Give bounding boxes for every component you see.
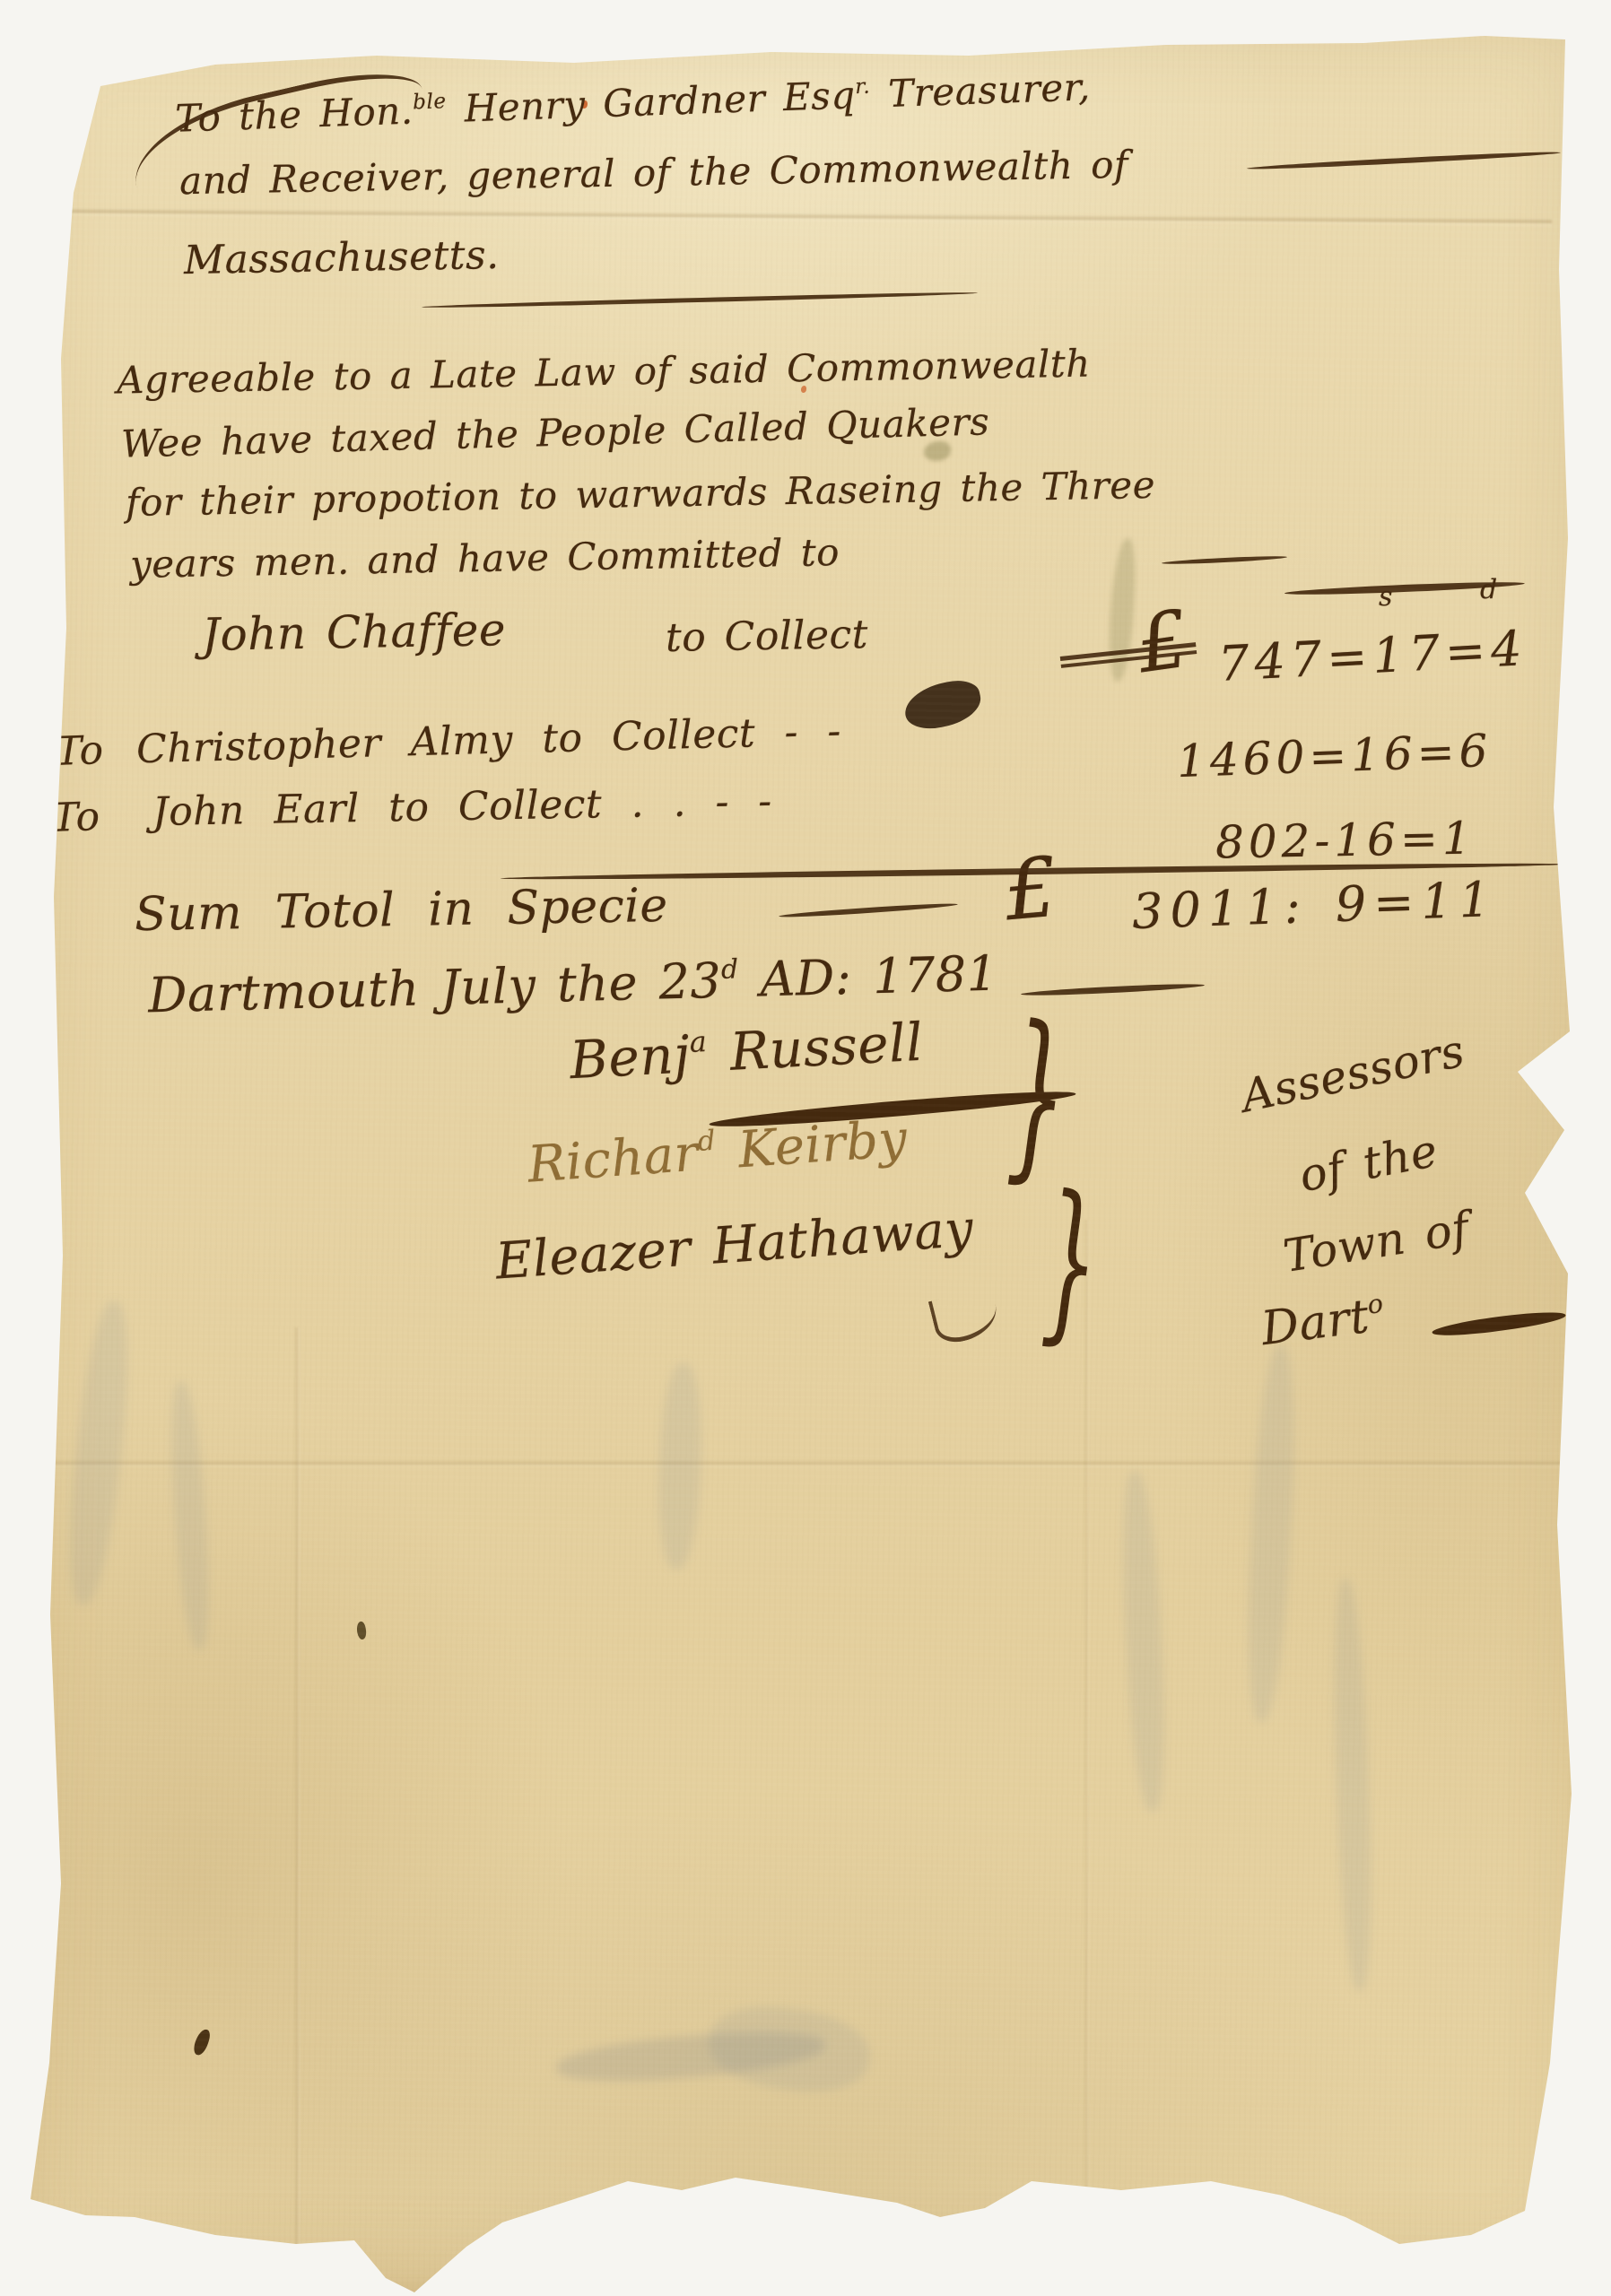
signature-benjamin-russell: Benja Russell — [568, 1012, 924, 1091]
collector-action-3-text: to Collect . . - - — [388, 778, 772, 831]
collector-name-3: John Earl — [152, 786, 361, 835]
attestation-line-1: Assessors — [1237, 1024, 1469, 1122]
superscript-o: o — [1365, 1288, 1385, 1320]
amount-2: 1460=16=6 — [1176, 725, 1493, 787]
address-line-3: Massachusetts. — [184, 232, 500, 283]
collector-name-1: John Chaffee — [202, 604, 507, 661]
superscript-d2: d — [697, 1125, 718, 1158]
amount-3: 802-16=1 — [1215, 812, 1476, 868]
collector-line-2: Christopher Almy to Collect - - — [135, 709, 841, 773]
collector-action-2 — [512, 716, 543, 762]
ink-blot — [901, 676, 985, 735]
bleedthrough-mark — [656, 1362, 704, 1570]
bleedthrough-mark — [1117, 1470, 1171, 1813]
bleedthrough-mark — [60, 1299, 136, 1606]
column-mark-pence: d — [1480, 574, 1498, 605]
signature-text: Keirby — [715, 1109, 910, 1181]
pen-rule — [422, 291, 978, 309]
fold-crease-vertical-right — [1084, 1220, 1090, 2242]
pound-sign-total: £ — [1000, 839, 1061, 940]
collector-to-3: To — [51, 794, 100, 841]
signature-text: Richar — [526, 1125, 701, 1195]
address-line-1-text: To the Hon. — [174, 89, 414, 141]
attestation-flourish — [1432, 1308, 1567, 1341]
body-line-2: Wee have taxed the People Called Quakers — [121, 399, 990, 465]
scan-background: To the Hon.ble Henry Gardner Esqr. Treas… — [0, 0, 1611, 2296]
collector-to-2: To — [55, 727, 104, 775]
bleedthrough-mark — [1329, 1578, 1376, 1992]
total-amount: 3011: 9=11 — [1131, 871, 1498, 940]
address-line-1: To the Hon.ble Henry Gardner Esqr. Treas… — [174, 65, 1091, 141]
column-mark-shillings: s — [1379, 581, 1393, 613]
address-line-1-text: Treasurer, — [870, 65, 1092, 117]
fold-crease-middle — [54, 1460, 1561, 1468]
address-line-2: and Receiver, general of the Commonwealt… — [179, 143, 1129, 203]
signature-paraph — [928, 1286, 1002, 1347]
signature-richard-keirby: Richard Keirby — [526, 1109, 909, 1194]
body-line-4: years men. and have Committed to — [130, 530, 840, 587]
ink-fleck — [355, 1621, 367, 1639]
pen-dash — [1162, 554, 1287, 565]
dateline: Dartmouth July the 23d AD: 1781 — [147, 945, 998, 1024]
address-line-1-text: Henry Gardner Esq — [446, 73, 856, 131]
attestation-text: Dart — [1258, 1290, 1372, 1356]
bleedthrough-mark — [704, 1998, 875, 2100]
manuscript-paper: To the Hon.ble Henry Gardner Esqr. Treas… — [0, 0, 1611, 2296]
signature-text: Russell — [706, 1012, 925, 1083]
total-label: Sum Totol in Specie — [135, 879, 669, 942]
body-line-1: Agreeable to a Late Law of said Commonwe… — [117, 342, 1091, 403]
fold-crease-vertical-left — [294, 1327, 300, 2251]
superscript-ble: ble — [413, 90, 447, 114]
bleedthrough-mark — [1241, 1344, 1301, 1723]
superscript-a: a — [689, 1024, 708, 1059]
collector-line-3: John Earl to Collect . . - - — [152, 778, 773, 835]
attestation-line-2: of the — [1295, 1125, 1442, 1203]
collector-action-3 — [359, 785, 388, 831]
body-line-3: for their propotion to warwards Raseing … — [126, 463, 1156, 525]
pen-dash — [1247, 150, 1561, 171]
dateline-text: Dartmouth July the 23 — [147, 952, 722, 1024]
fold-crease-top — [63, 208, 1552, 227]
bleedthrough-mark — [166, 1380, 215, 1651]
collector-action-1: to Collect — [666, 612, 869, 661]
collector-action-2-text: to Collect - - — [542, 709, 842, 762]
signature-eleazer-hathaway: Eleazer Hathaway — [493, 1199, 975, 1291]
brace-lower: } — [1039, 1155, 1102, 1366]
dateline-text: AD: 1781 — [738, 945, 998, 1009]
pen-dash — [779, 901, 958, 919]
signature-text: Benj — [568, 1023, 692, 1091]
attestation-line-4: Darto — [1258, 1288, 1388, 1356]
pound-sign-1: £ — [1131, 593, 1194, 691]
ink-fleck — [192, 2028, 213, 2057]
amount-1: 747=17=4 — [1217, 620, 1528, 692]
superscript-d: d — [721, 953, 739, 985]
superscript-r: r. — [855, 75, 871, 100]
collector-name-2: Christopher Almy — [135, 717, 513, 772]
attestation-line-3: Town of — [1280, 1202, 1473, 1283]
